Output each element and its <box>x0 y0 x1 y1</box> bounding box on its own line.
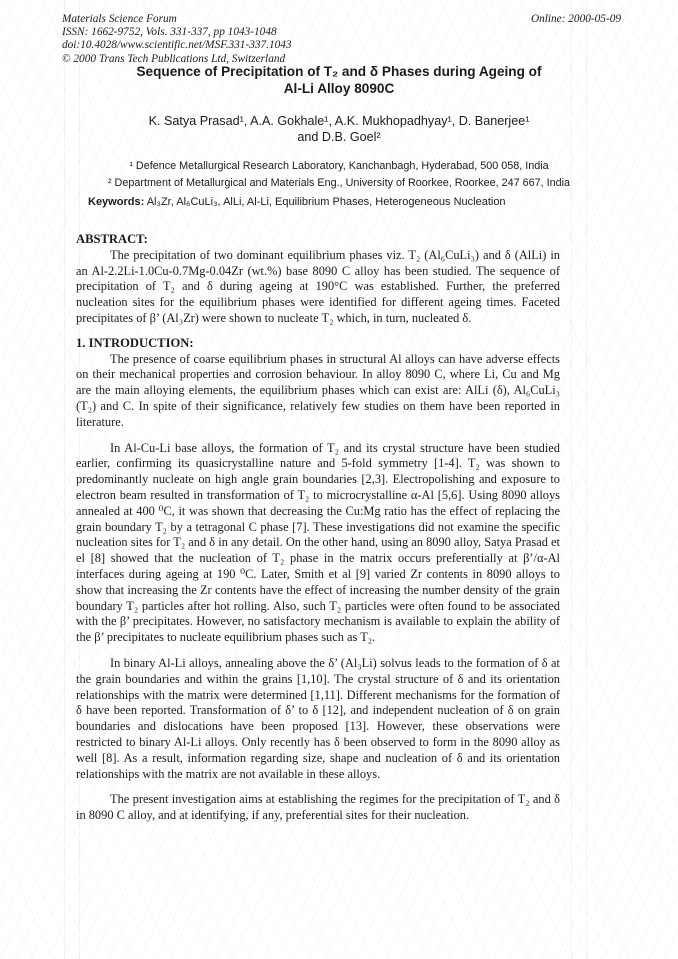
introduction-paragraph-2: In Al-Cu-Li base alloys, the formation o… <box>76 441 560 646</box>
abstract-heading: ABSTRACT: <box>76 232 560 248</box>
affiliations: ¹ Defence Metallurgical Research Laborat… <box>0 158 678 192</box>
keywords-label: Keywords: <box>88 196 144 208</box>
affiliation-1: ¹ Defence Metallurgical Research Laborat… <box>0 158 678 175</box>
title-block: Sequence of Precipitation of T₂ and δ Ph… <box>0 64 678 192</box>
keywords-text: Al₃Zr, Al₆CuLi₃, AlLi, Al-Li, Equilibriu… <box>144 196 505 208</box>
introduction-paragraph-3: In binary Al-Li alloys, annealing above … <box>76 656 560 782</box>
authors-line-2: and D.B. Goel² <box>0 130 678 146</box>
keywords-line: Keywords: Al₃Zr, Al₆CuLi₃, AlLi, Al-Li, … <box>88 196 560 208</box>
introduction-heading: 1. INTRODUCTION: <box>76 336 560 352</box>
affiliation-2: ² Department of Metallurgical and Materi… <box>0 175 678 192</box>
introduction-paragraph-1: The presence of coarse equilibrium phase… <box>76 352 560 431</box>
authors: K. Satya Prasad¹, A.A. Gokhale¹, A.K. Mu… <box>0 114 678 145</box>
paper-title: Sequence of Precipitation of T₂ and δ Ph… <box>0 64 678 97</box>
journal-header: Materials Science Forum ISSN: 1662-9752,… <box>62 13 292 66</box>
journal-name: Materials Science Forum <box>62 13 292 26</box>
authors-line-1: K. Satya Prasad¹, A.A. Gokhale¹, A.K. Mu… <box>0 114 678 130</box>
paper-page: Materials Science Forum ISSN: 1662-9752,… <box>0 0 678 959</box>
issn-volume-pages: ISSN: 1662-9752, Vols. 331-337, pp 1043-… <box>62 26 292 39</box>
online-date: Online: 2000-05-09 <box>531 13 621 25</box>
main-text-column: Keywords: Al₃Zr, Al₆CuLi₃, AlLi, Al-Li, … <box>76 196 560 824</box>
paper-title-line-2: Al-Li Alloy 8090C <box>0 81 678 98</box>
paper-title-line-1: Sequence of Precipitation of T₂ and δ Ph… <box>0 64 678 81</box>
abstract-text: The precipitation of two dominant equili… <box>76 248 560 327</box>
doi-line: doi:10.4028/www.scientific.net/MSF.331-3… <box>62 39 292 52</box>
introduction-paragraph-4: The present investigation aims at establ… <box>76 792 560 824</box>
